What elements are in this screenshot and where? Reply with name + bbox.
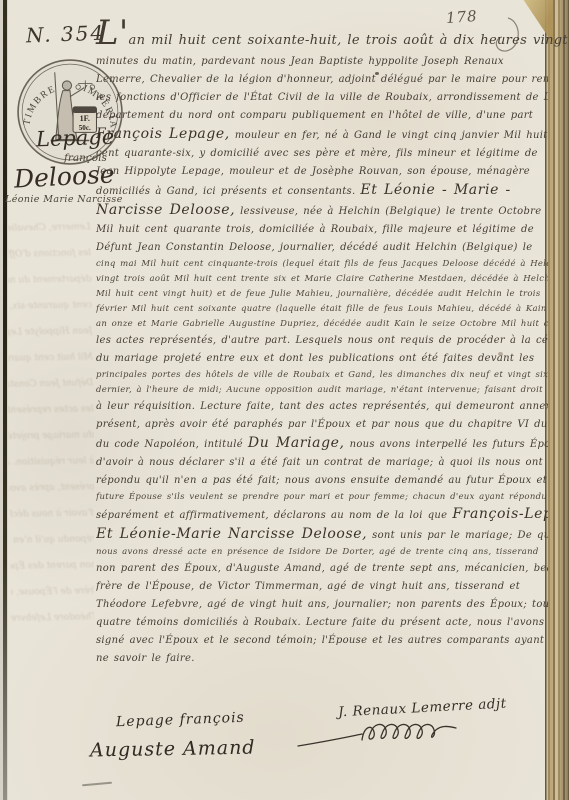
groom-name: François Lepage, bbox=[96, 126, 230, 142]
act-line: présent, après avoir été paraphés par l'… bbox=[96, 416, 548, 434]
act-line: future Épouse s'ils veulent se prendre p… bbox=[96, 490, 548, 505]
act-line: répondu qu'il n'en a pas été fait; nous … bbox=[96, 472, 548, 490]
bride-name: Et Léonie-Marie Narcisse Deloose, bbox=[96, 526, 367, 542]
book-page-edges bbox=[545, 0, 569, 800]
groom-name: François-Lepage, bbox=[452, 506, 548, 522]
act-line: les fonctions d'Officier de l'État Civil… bbox=[96, 89, 548, 107]
act-line: ne savoir le faire. bbox=[96, 650, 548, 668]
act-line: Et Léonie-Marie Narcisse Deloose, sont u… bbox=[96, 525, 548, 545]
verso-showthrough: Lemerre, Chevalier de la légion d'honneu… bbox=[8, 215, 94, 645]
act-line: Théodore Lefebvre, agé de vingt huit ans… bbox=[96, 596, 548, 614]
ink-smudge bbox=[498, 352, 503, 356]
act-line: non parent des Époux, d'Auguste Amand, a… bbox=[96, 560, 548, 578]
bride-name: Narcisse Deloose, bbox=[96, 202, 235, 218]
act-line: an onze et Marie Gabrielle Augustine Dup… bbox=[96, 317, 548, 332]
act-line: L'an mil huit cent soixante-huit, le tro… bbox=[96, 28, 548, 53]
ink-speck bbox=[418, 468, 420, 470]
act-line: minutes du matin, pardevant nous Jean Ba… bbox=[96, 53, 548, 71]
register-page: N. 354 178 TIMBRE IMPÉRIAL bbox=[0, 0, 569, 800]
act-line: quatre témoins domiciliés à Roubaix. Lec… bbox=[96, 614, 548, 632]
act-line: signé avec l'Époux et le second témoin; … bbox=[96, 632, 548, 650]
act-line: Narcisse Deloose, lessiveuse, née à Helc… bbox=[96, 201, 548, 221]
act-line: dernier, à l'heure de midi; Aucune oppos… bbox=[96, 383, 548, 398]
act-line: principales portes des hôtels de ville d… bbox=[96, 368, 548, 383]
act-line: Lemerre, Chevalier de la légion d'honneu… bbox=[96, 71, 548, 89]
page-number: 178 bbox=[445, 7, 478, 27]
act-line: cent quarante-six, y domicilié avec ses … bbox=[96, 145, 548, 163]
ink-blot bbox=[375, 72, 379, 75]
binding-edge bbox=[3, 0, 7, 800]
officer-paraph-flourish bbox=[294, 716, 504, 752]
signature-witness: Auguste Amand bbox=[90, 737, 256, 762]
act-line: département du nord ont comparu publique… bbox=[96, 107, 548, 125]
act-line: les actes représentés, d'autre part. Les… bbox=[96, 332, 548, 350]
chapter-title: Du Mariage, bbox=[248, 435, 345, 451]
act-line: du mariage projeté entre eux et dont les… bbox=[96, 350, 548, 368]
act-line: à leur réquisition. Lecture faite, tant … bbox=[96, 398, 548, 416]
act-body: L'an mil huit cent soixante-huit, le tro… bbox=[96, 28, 548, 668]
act-line: séparément et affirmativement, déclarons… bbox=[96, 505, 548, 525]
act-line: cinq mai Mil huit cent cinquante-trois (… bbox=[96, 257, 548, 272]
act-line: février Mil huit cent soixante quatre (l… bbox=[96, 302, 548, 317]
act-line: vingt trois août Mil huit cent trente si… bbox=[96, 272, 548, 287]
act-number: N. 354 bbox=[26, 21, 106, 48]
act-line: du code Napoléon, intitulé Du Mariage, n… bbox=[96, 434, 548, 454]
act-line: d'avoir à nous déclarer s'il a été fait … bbox=[96, 454, 548, 472]
act-line: Mil huit cent quarante trois, domiciliée… bbox=[96, 221, 548, 239]
act-line: domiciliés à Gand, ici présents et conse… bbox=[96, 181, 548, 201]
act-line: frère de l'Épouse, de Victor Timmerman, … bbox=[96, 578, 548, 596]
act-line: Mil huit cent vingt huit) et de feue Jul… bbox=[96, 287, 548, 302]
act-line: nous avons dressé acte en présence de Is… bbox=[96, 545, 548, 560]
stamp-value-top: 1F. bbox=[80, 114, 90, 123]
bride-name: Et Léonie - Marie - bbox=[360, 182, 510, 198]
act-line: Jean Hippolyte Lepage, mouleur et de Jos… bbox=[96, 163, 548, 181]
act-line: Défunt Jean Constantin Deloose, journali… bbox=[96, 239, 548, 257]
act-line: François Lepage, mouleur en fer, né à Ga… bbox=[96, 125, 548, 145]
